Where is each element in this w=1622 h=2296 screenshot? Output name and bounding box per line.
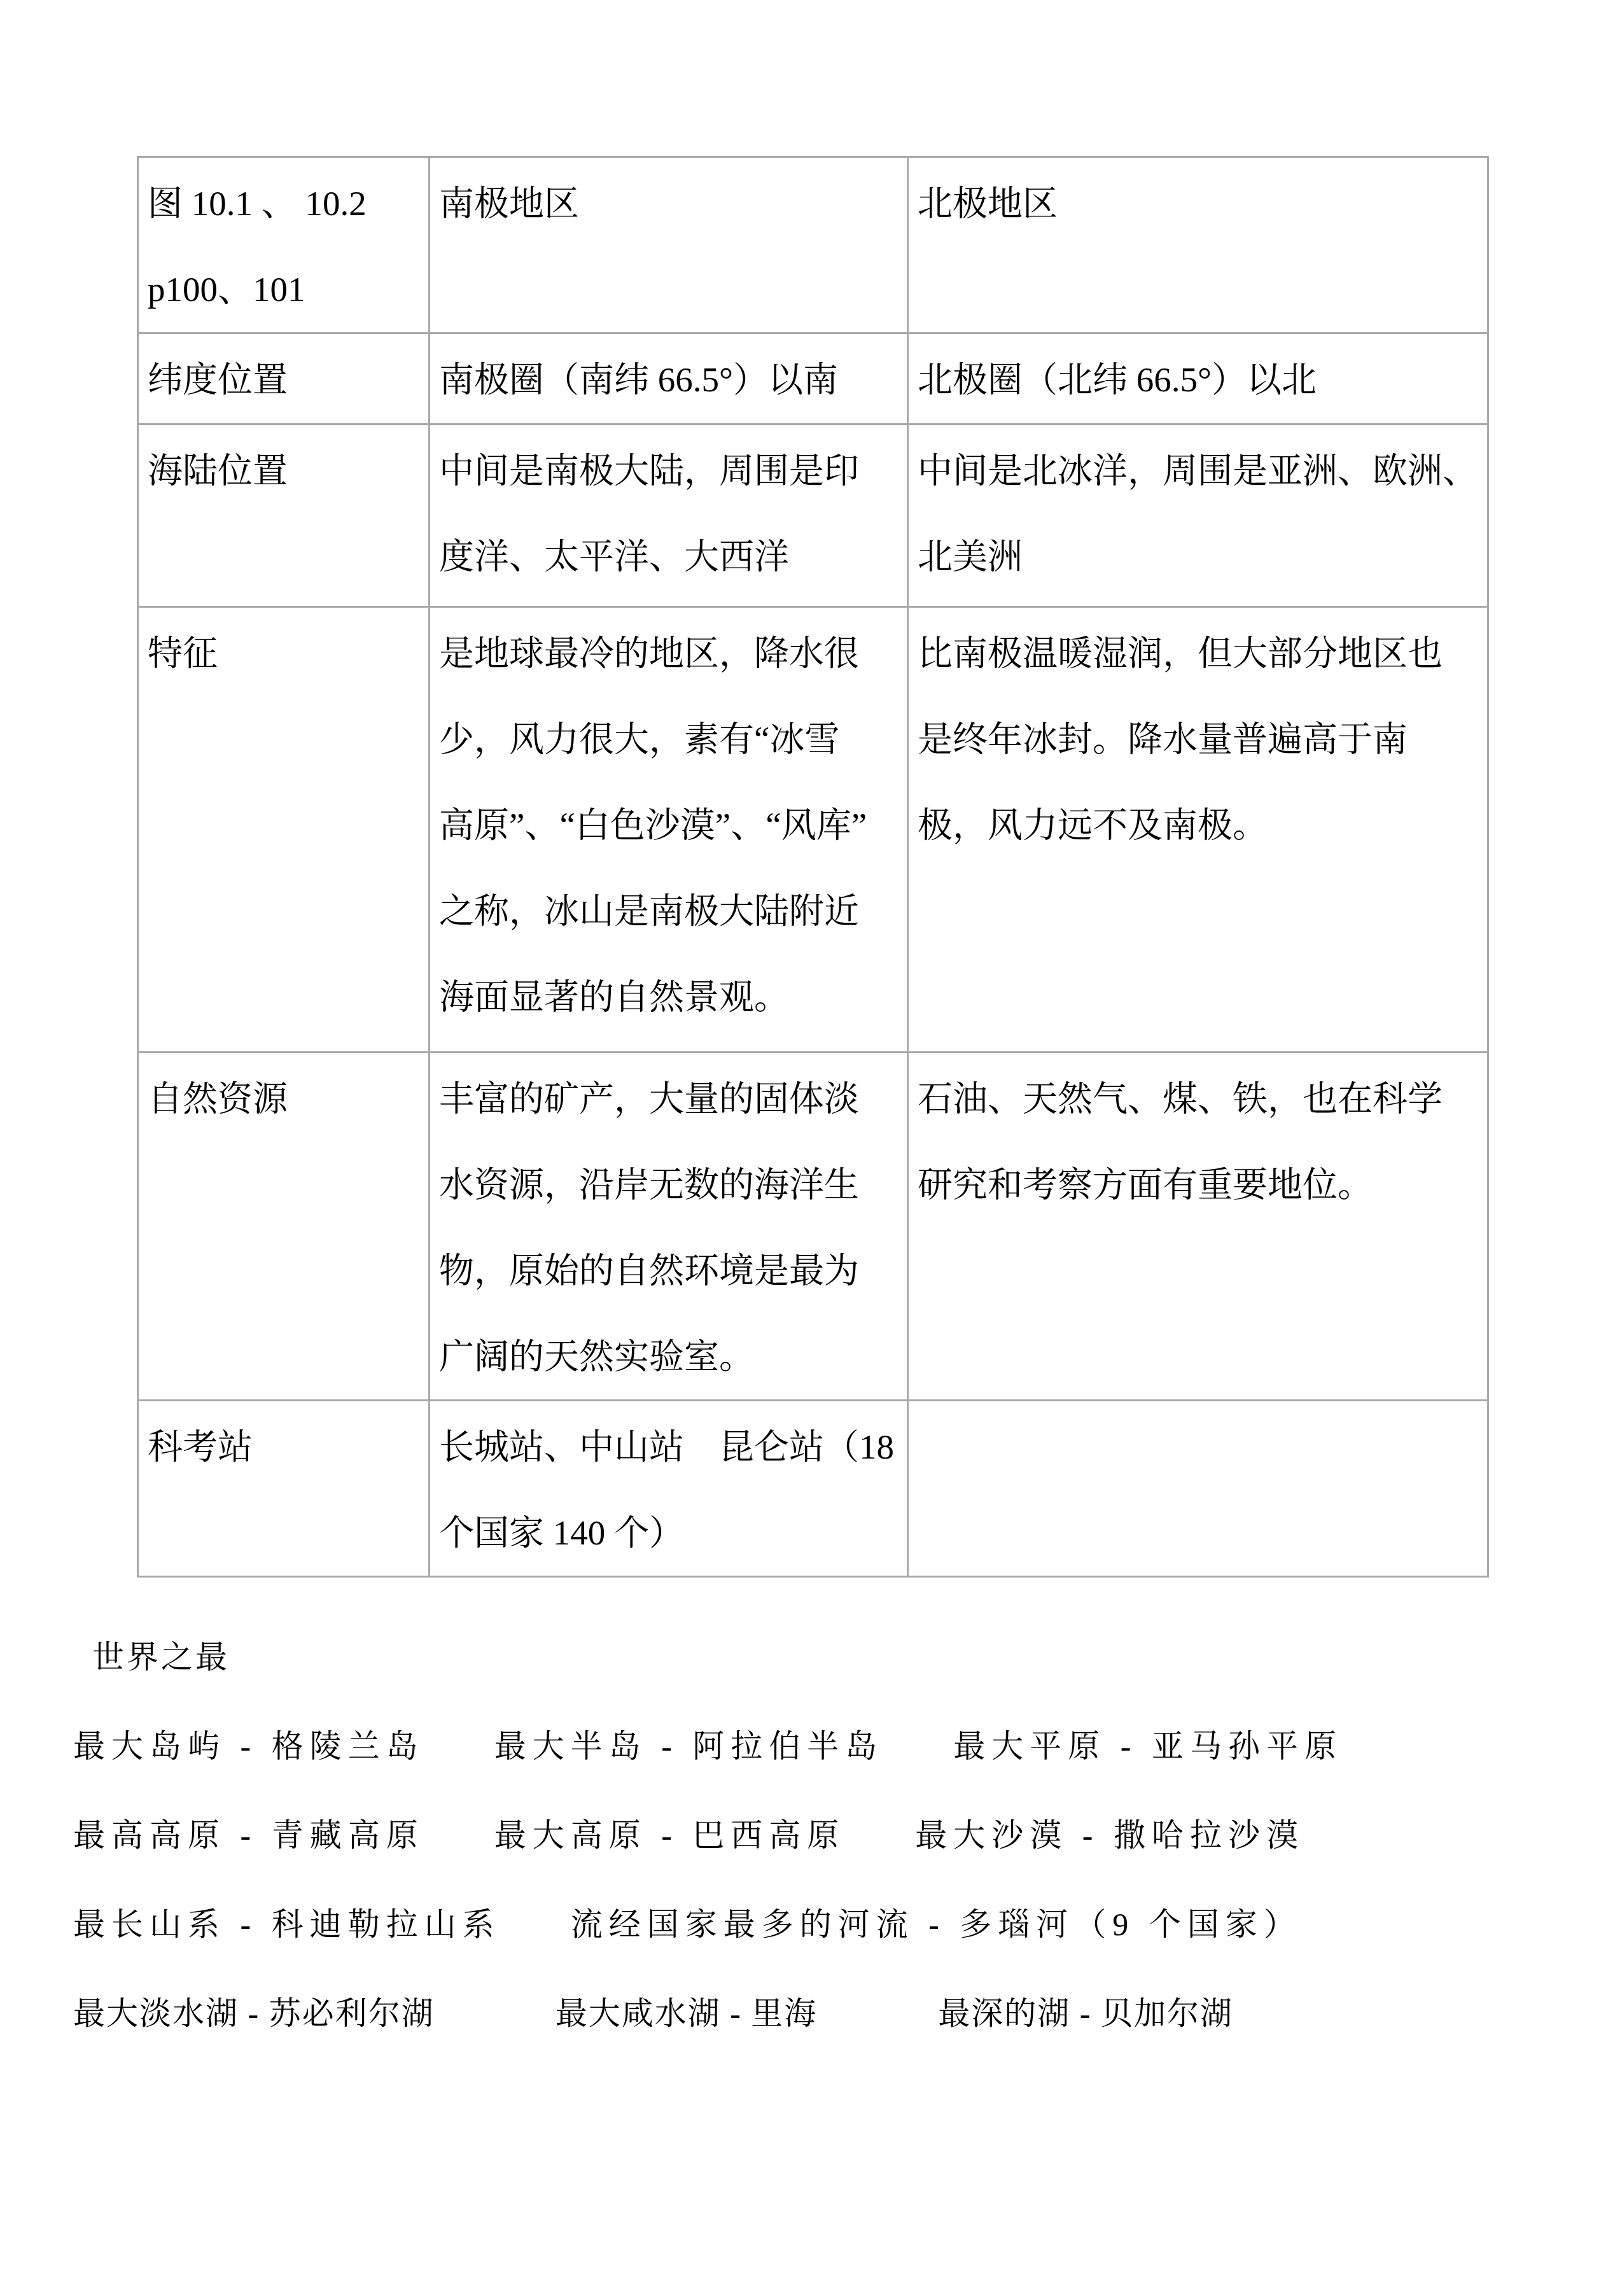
records-line: 最长山系 - 科迪勒拉山系 流经国家最多的河流 - 多瑙河（9 个国家） [73,1880,1622,1969]
cell-north-pole [908,1401,1488,1577]
table-row: 海陆位置 中间是南极大陆，周围是印 度洋、太平洋、大西洋 中间是北冰洋，周围是亚… [138,424,1488,607]
cell-south-pole: 中间是南极大陆，周围是印 度洋、太平洋、大西洋 [430,424,908,607]
record-item: 最深的湖 - 贝加尔湖 [938,1969,1233,2058]
cell-south-pole: 南极圈（南纬 66.5°）以南 [430,333,908,424]
cell-row-label: 特征 [138,607,430,1053]
record-item: 最长山系 - 科迪勒拉山系 [73,1880,501,1969]
table-row: 自然资源 丰富的矿产，大量的固体淡 水资源，沿岸无数的海洋生 物，原始的自然环境… [138,1053,1488,1401]
record-item: 最大半岛 - 阿拉伯半岛 [494,1702,884,1791]
table-row: 图 10.1 、 10.2 p100、101 南极地区 北极地区 [138,157,1488,333]
cell-row-label: 图 10.1 、 10.2 p100、101 [138,157,430,333]
page: 图 10.1 、 10.2 p100、101 南极地区 北极地区 纬度位置 南极… [0,0,1622,2296]
record-item: 最大岛屿 - 格陵兰岛 [73,1702,424,1791]
cell-row-label: 海陆位置 [138,424,430,607]
cell-south-pole: 是地球最冷的地区，降水很 少，风力很大，素有“冰雪 高原”、“白色沙漠”、“风库… [430,607,908,1053]
cell-north-pole: 中间是北冰洋，周围是亚洲、欧洲、 北美洲 [908,424,1488,607]
record-item: 最高高原 - 青藏高原 [73,1791,424,1880]
cell-north-pole: 北极圈（北纬 66.5°）以北 [908,333,1488,424]
cell-row-label: 科考站 [138,1401,430,1577]
records-line: 最大岛屿 - 格陵兰岛 最大半岛 - 阿拉伯半岛 最大平原 - 亚马孙平原 [73,1702,1622,1791]
cell-south-pole: 丰富的矿产，大量的固体淡 水资源，沿岸无数的海洋生 物，原始的自然环境是最为 广… [430,1053,908,1401]
table-row: 科考站 长城站、中山站 昆仑站（18 个国家 140 个） [138,1401,1488,1577]
cell-row-label: 纬度位置 [138,333,430,424]
record-item: 最大咸水湖 - 里海 [556,1969,818,2058]
cell-north-pole: 北极地区 [908,157,1488,333]
table-row: 纬度位置 南极圈（南纬 66.5°）以南 北极圈（北纬 66.5°）以北 [138,333,1488,424]
records-line: 最大淡水湖 - 苏必利尔湖 最大咸水湖 - 里海 最深的湖 - 贝加尔湖 [73,1969,1622,2058]
record-item: 最大高原 - 巴西高原 [494,1791,846,1880]
record-item: 最大淡水湖 - 苏必利尔湖 [73,1969,435,2058]
polar-comparison-table: 图 10.1 、 10.2 p100、101 南极地区 北极地区 纬度位置 南极… [137,156,1489,1578]
cell-row-label: 自然资源 [138,1053,430,1401]
cell-north-pole: 比南极温暖湿润，但大部分地区也 是终年冰封。降水量普遍高于南 极，风力远不及南极… [908,607,1488,1053]
records-title: 世界之最 [92,1613,1622,1702]
record-item: 最大平原 - 亚马孙平原 [953,1702,1343,1791]
records-section: 世界之最 最大岛屿 - 格陵兰岛 最大半岛 - 阿拉伯半岛 最大平原 - 亚马孙… [137,1613,1622,2058]
cell-south-pole: 长城站、中山站 昆仑站（18 个国家 140 个） [430,1401,908,1577]
record-item: 最大沙漠 - 撒哈拉沙漠 [915,1791,1304,1880]
record-item: 流经国家最多的河流 - 多瑙河（9 个国家） [571,1880,1302,1969]
records-line: 最高高原 - 青藏高原 最大高原 - 巴西高原 最大沙漠 - 撒哈拉沙漠 [73,1791,1622,1880]
cell-north-pole: 石油、天然气、煤、铁，也在科学 研究和考察方面有重要地位。 [908,1053,1488,1401]
table-row: 特征 是地球最冷的地区，降水很 少，风力很大，素有“冰雪 高原”、“白色沙漠”、… [138,607,1488,1053]
cell-south-pole: 南极地区 [430,157,908,333]
